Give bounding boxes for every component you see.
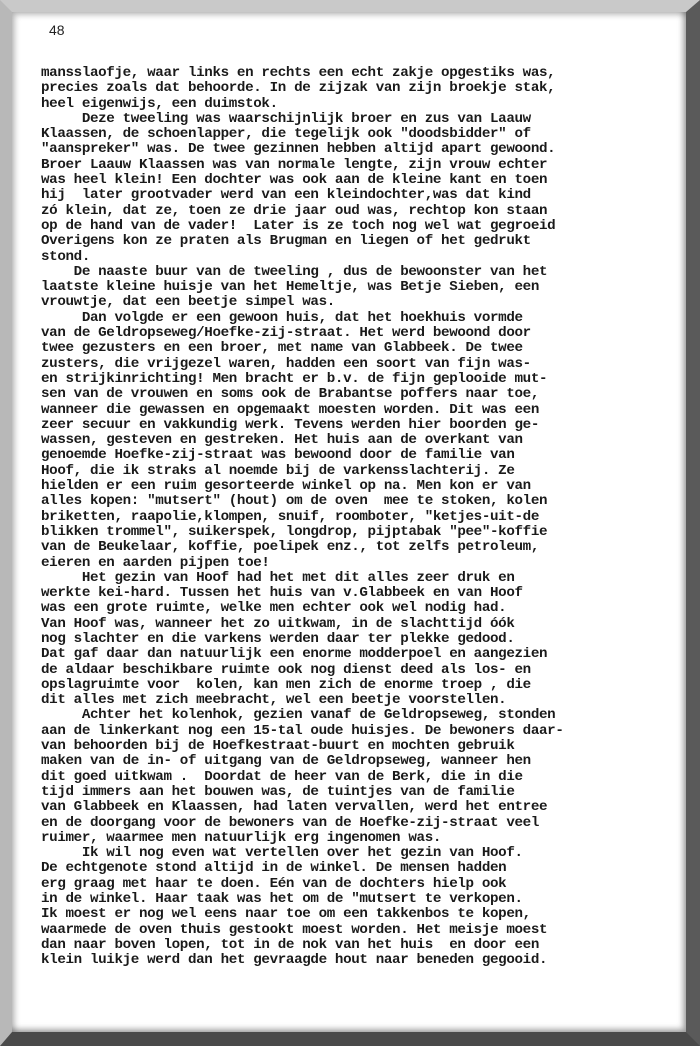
text-line: van behoorden bij de Hoefkestraat-buurt …: [41, 739, 661, 754]
text-line: zeer secuur en vakkundig werk. Tevens we…: [41, 418, 661, 433]
text-line: Achter het kolenhok, gezien vanaf de Gel…: [41, 708, 661, 723]
text-line: de aldaar beschikbare ruimte ook nog die…: [41, 663, 661, 678]
text-line: eieren en aarden pijpen toe!: [41, 556, 661, 571]
text-line: De echtgenote stond altijd in de winkel.…: [41, 861, 661, 876]
text-line: laatste kleine huisje van het Hemeltje, …: [41, 280, 661, 295]
text-line: Hoof, die ik straks al noemde bij de var…: [41, 464, 661, 479]
text-line: nog slachter en die varkens werden daar …: [41, 632, 661, 647]
typewritten-page: 48 mansslaofje, waar links en rechts een…: [41, 22, 661, 969]
text-line: Het gezin van Hoof had het met dit alles…: [41, 571, 661, 586]
text-line: tijd immers aan het bouwen was, de tuint…: [41, 785, 661, 800]
text-line: mansslaofje, waar links en rechts een ec…: [41, 66, 661, 81]
text-line: sen van de vrouwen en soms ook de Braban…: [41, 387, 661, 402]
text-line: precies zoals dat behoorde. In de zijzak…: [41, 81, 661, 96]
text-line: dit goed uitkwam . Doordat de heer van d…: [41, 770, 661, 785]
text-line: stond.: [41, 250, 661, 265]
text-line: wassen, gesteven en gestreken. Het huis …: [41, 433, 661, 448]
text-line: en de doorgang voor de bewoners van de H…: [41, 816, 661, 831]
text-line: van de Geldropseweg/Hoefke-zij-straat. H…: [41, 326, 661, 341]
text-line: "aanspreker" was. De twee gezinnen hebbe…: [41, 142, 661, 157]
text-line: Klaassen, de schoenlapper, die tegelijk …: [41, 127, 661, 142]
text-line: was een grote ruimte, welke men echter o…: [41, 601, 661, 616]
text-line: Van Hoof was, wanneer het zo uitkwam, in…: [41, 617, 661, 632]
text-line: heel eigenwijs, een duimstok.: [41, 97, 661, 112]
text-line: Ik wil nog even wat vertellen over het g…: [41, 846, 661, 861]
text-line: zó klein, dat ze, toen ze drie jaar oud …: [41, 204, 661, 219]
text-line: in de winkel. Haar taak was het om de "m…: [41, 892, 661, 907]
body-text: mansslaofje, waar links en rechts een ec…: [41, 66, 661, 969]
page-number: 48: [49, 22, 661, 38]
text-line: dan naar boven lopen, tot in de nok van …: [41, 938, 661, 953]
text-line: Overigens kon ze praten als Brugman en l…: [41, 234, 661, 249]
text-line: briketten, raapolie,klompen, snuif, room…: [41, 510, 661, 525]
text-line: van de Beukelaar, koffie, poelipek enz.,…: [41, 540, 661, 555]
text-line: wanneer die gewassen en opgemaakt moeste…: [41, 403, 661, 418]
text-line: werkte kei-hard. Tussen het huis van v.G…: [41, 586, 661, 601]
text-line: opslagruimte voor kolen, kan men zich de…: [41, 678, 661, 693]
text-line: ruimer, waarmee men natuurlijk erg ingen…: [41, 831, 661, 846]
text-line: waarmede de oven thuis gestookt moest wo…: [41, 923, 661, 938]
text-line: was heel klein! Een dochter was ook aan …: [41, 173, 661, 188]
text-line: zusters, die vrijgezel waren, hadden een…: [41, 357, 661, 372]
text-line: hij later grootvader werd van een kleind…: [41, 188, 661, 203]
text-line: Broer Laauw Klaassen was van normale len…: [41, 158, 661, 173]
text-line: en strijkinrichting! Men bracht er b.v. …: [41, 372, 661, 387]
text-line: alles kopen: "mutsert" (hout) om de oven…: [41, 494, 661, 509]
text-line: aan de linkerkant nog een 15-tal oude hu…: [41, 724, 661, 739]
text-line: klein luikje werd dan het gevraagde hout…: [41, 953, 661, 968]
text-line: Dan volgde er een gewoon huis, dat het h…: [41, 311, 661, 326]
text-line: dit alles met zich meebracht, wel een be…: [41, 693, 661, 708]
text-line: hielden er een ruim gesorteerde winkel o…: [41, 479, 661, 494]
text-line: Ik moest er nog wel eens naar toe om een…: [41, 907, 661, 922]
text-line: erg graag met haar te doen. Eén van de d…: [41, 877, 661, 892]
text-line: genoemde Hoefke-zij-straat was bewoond d…: [41, 448, 661, 463]
text-line: op de hand van de vader! Later is ze toc…: [41, 219, 661, 234]
text-line: vrouwtje, dat een beetje simpel was.: [41, 295, 661, 310]
text-line: De naaste buur van de tweeling , dus de …: [41, 265, 661, 280]
text-line: Dat gaf daar dan natuurlijk een enorme m…: [41, 647, 661, 662]
text-line: Deze tweeling was waarschijnlijk broer e…: [41, 112, 661, 127]
text-line: twee gezusters en een broer, met name va…: [41, 341, 661, 356]
text-line: maken van de in- of uitgang van de Geldr…: [41, 754, 661, 769]
text-line: blikken trommel", suikerspek, longdrop, …: [41, 525, 661, 540]
text-line: van Glabbeek en Klaassen, had laten verv…: [41, 800, 661, 815]
